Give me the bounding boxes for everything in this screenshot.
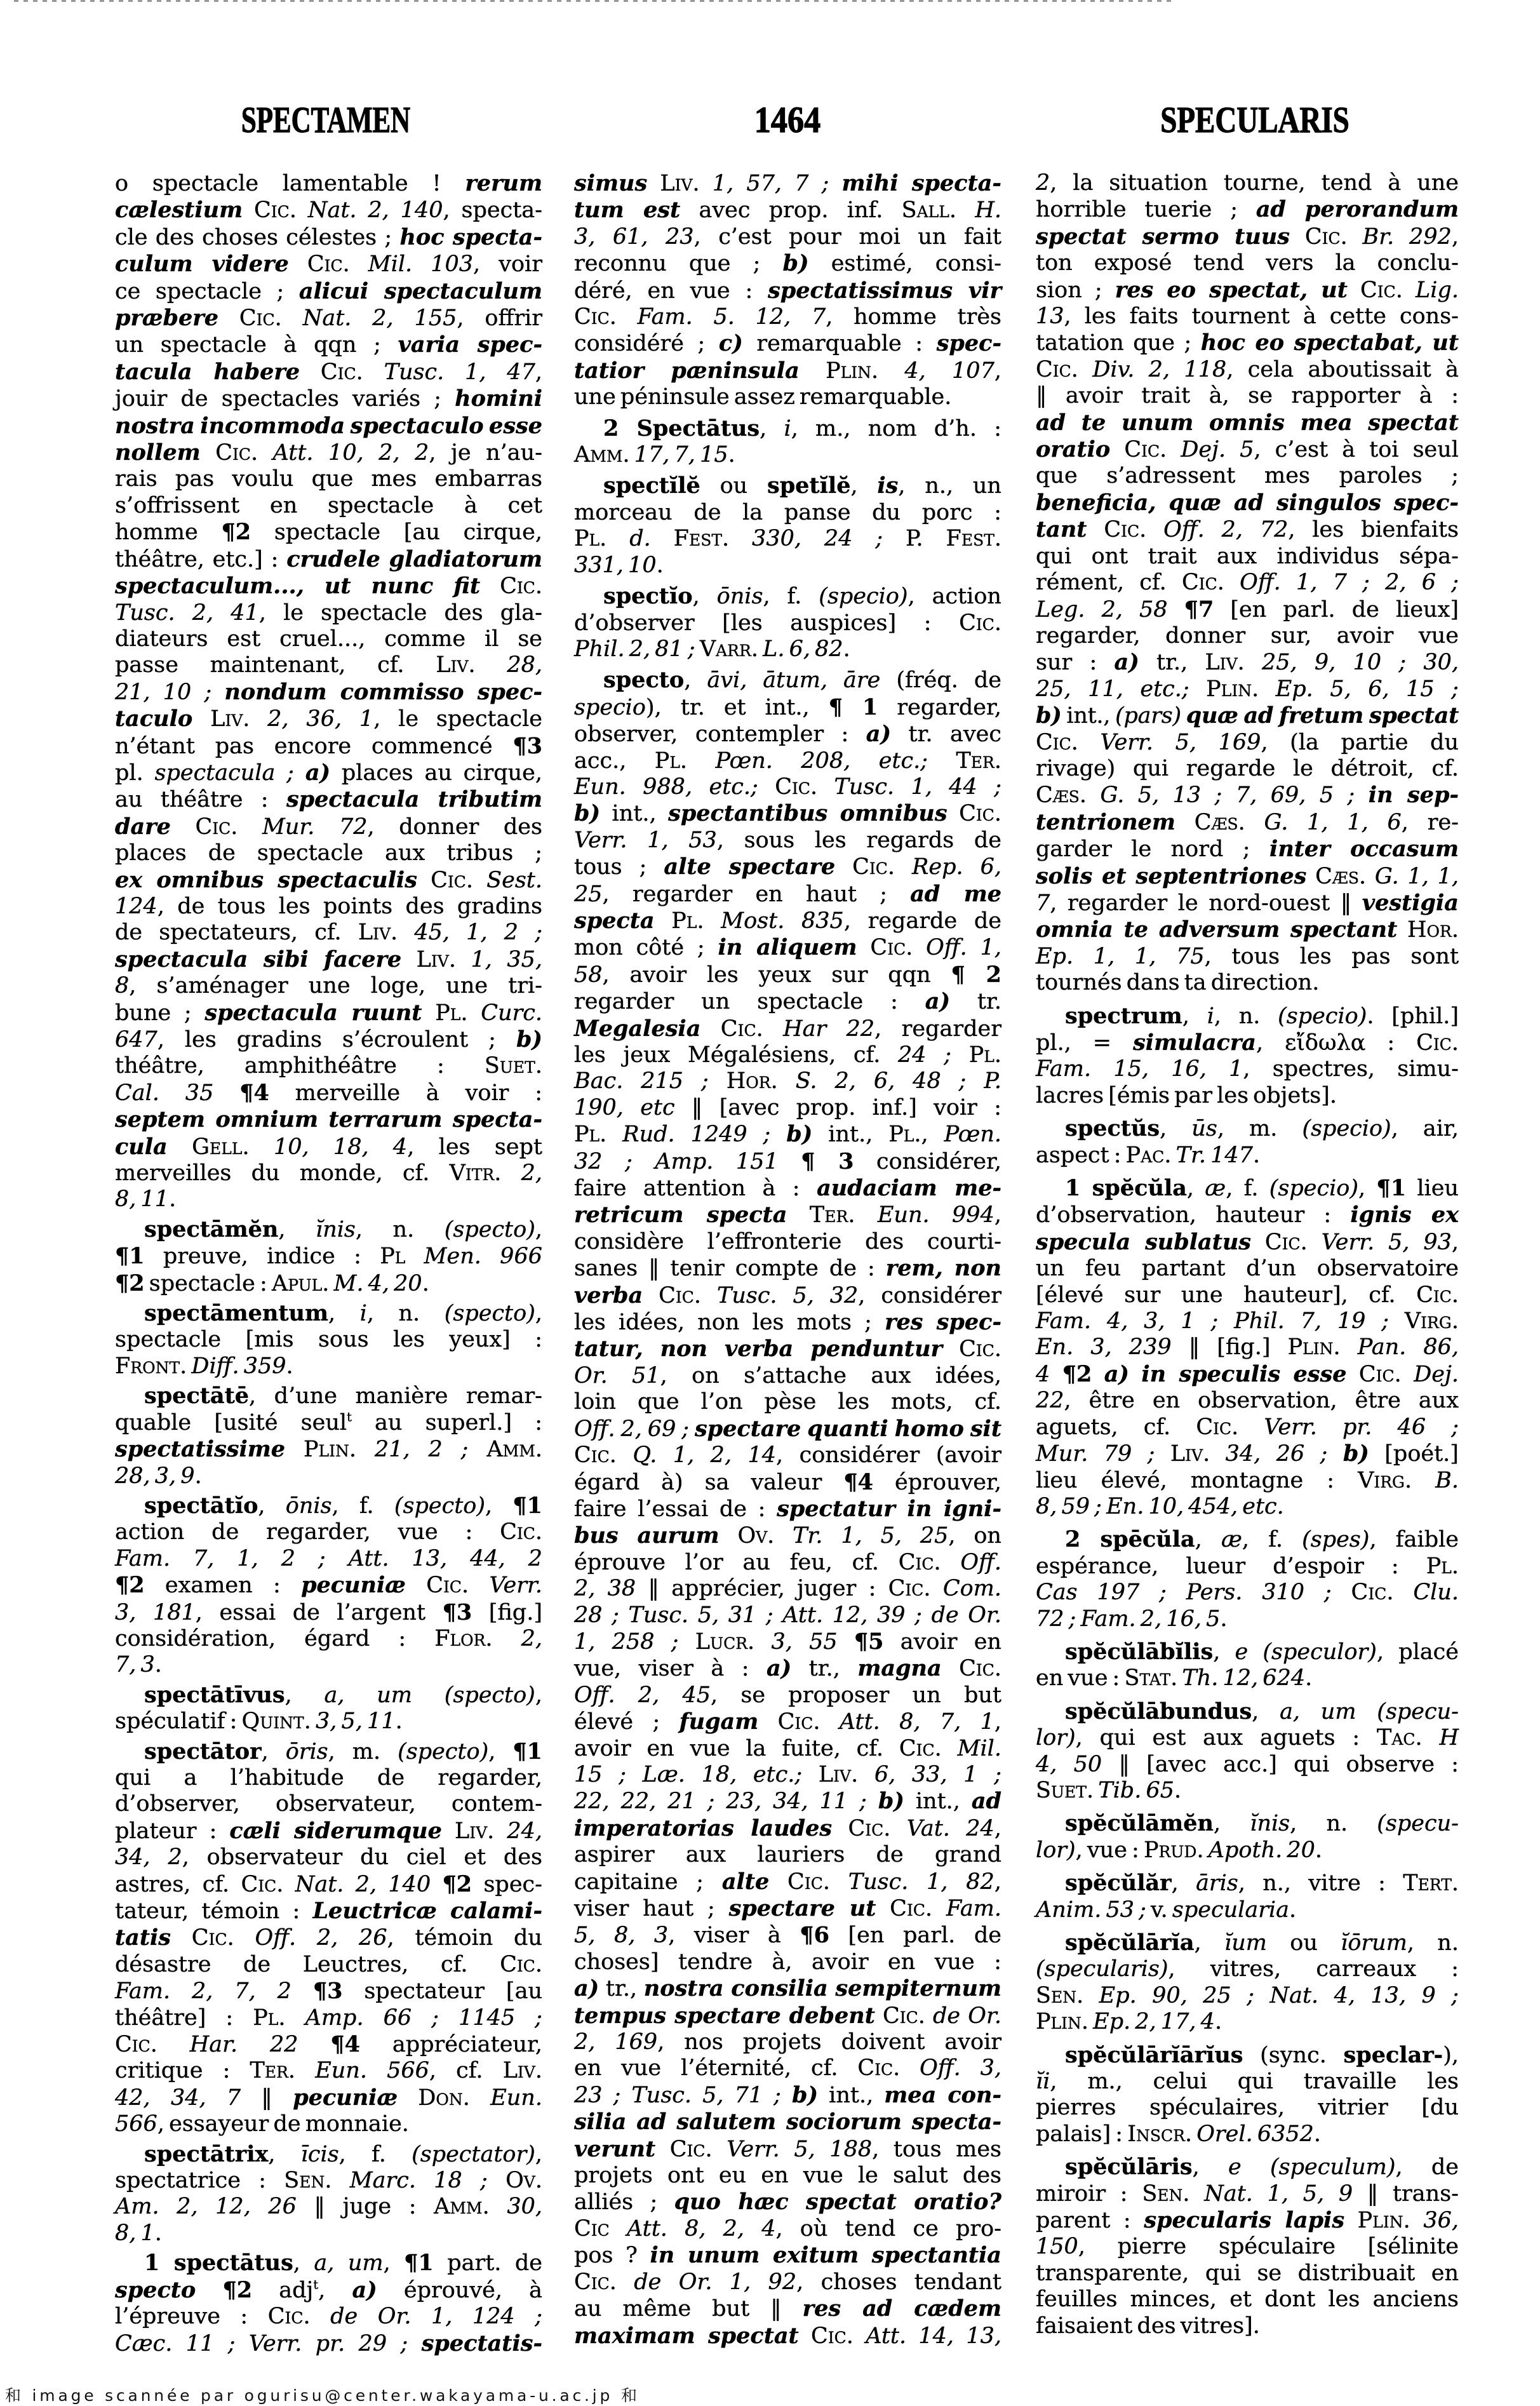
text-line: verba Cic. Tusc. 5, 32, considérer [574,1282,1001,1309]
gloss-text: v. [1146,1897,1172,1923]
reference: Off. 1, 7 ; 2, 6 ; [1240,570,1459,595]
gloss-text [643,1283,659,1308]
gloss-text [294,760,305,786]
reference: 150 [1036,2234,1078,2259]
headword: specto [603,667,684,693]
reference: 24 ; [898,1042,951,1068]
text-line: ce spectacle ; alicui spectaculum [115,278,542,305]
reference: 2 [1036,170,1050,196]
gloss-text: horrible tuerie ; [1036,197,1256,222]
gloss-text [1306,864,1315,889]
gloss-text: , placé [1377,1639,1459,1665]
text-line: retricum specta Ter. Eun. 994, [574,1202,1001,1228]
gloss-text: , m., nom d’h. : [791,416,1001,441]
gloss-text: preuve, indice : [145,1244,380,1269]
latin-example: crudele gladiatorum [286,546,542,572]
latin-example: ad te unum omnis mea spectat [1036,410,1459,436]
gloss-text [1189,676,1207,702]
gloss-text: , avoir les yeux sur qqn [603,962,951,988]
entry-start-line: spectātrix, īcis, f. (spectator), [115,2141,542,2168]
gloss-text [820,1709,840,1735]
gloss-text [405,1244,424,1269]
gloss-text [867,1789,878,1814]
sense-marker: ¶5 [854,1629,884,1655]
sense-marker: ¶4 [239,1080,269,1106]
gloss-text: plateur : [115,1818,229,1844]
reference: Har. 22 [190,2032,298,2057]
gloss-text [1168,597,1184,622]
gloss-text [1327,1441,1342,1467]
text-line: tentrionem Cæs. G. 1, 1, 6, re- [1036,809,1459,836]
entry-start-line: 2 spēcŭla, æ, f. (spes), faible [1036,1526,1459,1553]
text-line: de spectateurs, cf. Liv. 45, 1, 2 ; [115,920,542,946]
gloss-text: . [1315,1838,1322,1863]
author-abbrev: Pl [380,1244,405,1269]
gloss-text: , [262,1739,286,1764]
latin-example: tum est [574,197,680,223]
gloss-text: . [286,1354,293,1379]
gloss-text: déré, en vue : [574,278,768,304]
entry-start-line: spĕcŭlăr, āris, n., vitre : Tert. [1036,1870,1459,1897]
subsense-letter: b) [786,1121,812,1147]
reference: Har 22 [783,1016,874,1042]
gloss-text: jouir de spectacles variés ; [115,386,455,412]
author-abbrev: Pl. [1426,1554,1459,1579]
gloss-text: diateurs est cruel..., comme il se [115,626,542,652]
gloss-text: [en parl. de lieux] [1214,597,1459,622]
author-abbrev: Cic. [574,304,617,330]
reference: Fam. 15, 16, 1 [1036,1056,1243,1082]
author-abbrev: Amm. [574,442,630,467]
text-line: sion ; res eo spectat, ut Cic. Lig. [1036,277,1459,304]
latin-example: in aliquem [718,934,857,960]
entry-start-line: spĕcŭlābundus, a, um (specu- [1036,1698,1459,1725]
text-line: Pl. d. Fest. 330, 24 ; P. Fest. [574,526,1001,552]
text-line: astres, cf. Cic. Nat. 2, 140 ¶2 spec- [115,1871,542,1898]
text-line: faisaient des vitres]. [1036,2313,1459,2339]
gloss-text: ‖ juge : [297,2194,434,2219]
headword: 1 spĕcŭla [1065,1175,1187,1201]
latin-example: alte [722,1869,769,1895]
headword: spectāmentum [144,1300,328,1326]
gloss-text [758,774,775,800]
text-line: Cic. Fam. 5. 12, 7, homme très [574,304,1001,330]
reference: Clu. [1413,1580,1459,1605]
text-line: Off. 2, 45, se proposer un but [574,1683,1001,1709]
page-number: 1464 [754,102,820,138]
gloss-text [234,1925,255,1951]
gloss-text: tr., [1139,650,1205,675]
gloss-text: tournés dans ta direction. [1036,970,1319,995]
author-abbrev: Ter. [250,2058,296,2083]
gloss-text [282,306,303,331]
author-abbrev: Cic. [899,1550,941,1575]
text-line: Megalesia Cic. Har 22, regarder [574,1016,1001,1042]
gloss-text [700,171,713,196]
text-line: merveilles du monde, cf. Vitr. 2, [115,1160,542,1186]
reference: Tib. 65 [1098,1778,1174,1803]
reference: Tr. 1, 5, 25 [793,1523,948,1549]
latin-example: imperatorias laudes [574,1815,832,1841]
text-line: Fam. 7, 1, 2 ; Att. 13, 44, 2 [115,1546,542,1572]
gloss-text: égard à) sa valeur [574,1470,843,1495]
gloss-text: transparente, qui se distribuait en [1036,2261,1459,2286]
reference: ĭnis [1250,1811,1290,1836]
gloss-text: aspirer aux lauriers de grand [574,1842,1001,1867]
reference: Am. 2, 12, 26 [115,2194,297,2219]
reference: Q. 1, 2, 14 [633,1442,776,1468]
text-line: Ep. 1, 1, 75, tous les pas sont [1036,944,1459,970]
author-abbrev: Sen. [1036,1983,1083,2008]
text-line: ĭi, m., celui qui travaille les [1036,2069,1459,2095]
headword: spĕcŭlārĭārĭus [1065,2042,1243,2068]
reference: 8, 59 ; En. 10, 454, etc. [1036,1494,1284,1519]
gloss-text [289,252,307,277]
author-abbrev: Cic. [670,2137,713,2162]
gloss-text [332,2168,350,2193]
reference: S. 2, 6, 48 ; P. [796,1068,1001,1094]
latin-example: spectacula sibi facere [115,946,401,972]
subsense-letter: a) [352,2277,377,2303]
gloss-text [1308,1230,1322,1255]
latin-example: inter occasum [1269,836,1459,862]
subsense-letter: b) [574,800,600,826]
reference: 4 [1036,1362,1050,1387]
gloss-text: action de regarder, vue : [115,1519,500,1545]
gloss-text: , m. [1217,1116,1302,1141]
reference: Tusc. 2, 41 [115,600,259,626]
gloss-text [1110,437,1124,462]
gloss-text: , vitres, carreaux : [1168,1956,1459,1982]
gloss-text [1344,2208,1358,2233]
reference: Eun. [490,2085,542,2111]
reference: Diff. 359 [191,1354,286,1379]
author-abbrev: Cic. [1196,1415,1238,1440]
reference: Marc. 18 ; [350,2168,488,2193]
entry-start-line: spectāmĕn, ĭnis, n. (specto), [115,1216,542,1243]
reference: (pars) [1115,703,1181,729]
gloss-text [1245,810,1264,835]
text-line: 647, les gradins s’écroulent ; b) [115,1026,542,1053]
gloss-text: part. de [434,2250,542,2276]
gloss-text [932,1896,946,1921]
author-abbrev: Cic. [1305,224,1348,250]
gloss-text: . [1314,2121,1321,2147]
author-abbrev: Don. [418,2085,470,2111]
gloss-text: , viser à [668,1923,800,1948]
text-line: ton exposé tend vers la conclu- [1036,250,1459,276]
reference: 34, 26 ; [1226,1441,1328,1467]
text-line: regarder, donner sur, avoir vue [1036,623,1459,649]
author-abbrev: Cic. [870,935,913,960]
text-line: Pl. Rud. 1249 ; b) int., Pl., Pœn. [574,1121,1001,1148]
reference: 2, [521,1160,542,1186]
reference: Fam. 5. 12, 7 [638,304,826,330]
latin-example: quæ ad fretum spectat [1186,702,1459,729]
author-abbrev: Cic. [787,1869,830,1895]
text-line: acc., Pl. Pœn. 208, etc.; Ter. [574,748,1001,774]
gloss-text: . [843,636,850,662]
reference: Off. 2, 45 [574,1683,711,1708]
latin-example: ad me [910,881,1001,907]
gloss-text: , les gradins s’écroulent ; [157,1027,516,1052]
reference: Dej. 5 [1181,437,1254,462]
reference: specularia [1172,1897,1289,1923]
reference: (specio) [1302,1116,1391,1141]
author-abbrev: Cic. [500,574,542,599]
reference: e (speculor) [1235,1639,1377,1665]
gloss-text: , [535,360,542,385]
reference: H. [975,198,1001,223]
reference: spectacula ; [155,760,294,786]
text-line: 42, 34, 7 ‖ pecuniæ Don. Eun. [115,2085,542,2111]
gloss-text: théâtre, amphithéâtre : [115,1053,485,1079]
gloss-text: , air, [1391,1116,1459,1141]
reference: Bac. 215 ; [574,1068,709,1094]
gloss-text: , essayeur de monnaie. [157,2111,409,2137]
text-line: spectacula sibi facere Liv. 1, 35, [115,946,542,973]
text-line: Cic. Div. 2, 118, cela aboutissait à [1036,357,1459,383]
gloss-text [356,1437,375,1462]
subsense-letter: b) [792,2082,818,2108]
gloss-text: espérance, lueur d’espoir : [1036,1554,1426,1579]
text-line: 21, 10 ; nondum commisso spec- [115,679,542,706]
reference: Eun. 566 [315,2058,429,2083]
gloss-text: considère l’effronterie des courti- [574,1229,1001,1254]
gloss-text [422,1000,435,1026]
gloss-text: , cela aboutissait à [1226,357,1459,382]
gloss-text: aspect : [1036,1143,1126,1168]
text-line: l’épreuve : Cic. de Or. 1, 124 ; [115,2304,542,2330]
text-line: tatation que ; hoc eo spectabat, ut [1036,330,1459,356]
latin-example: specta [574,908,655,934]
reference: 7, 3 [115,1652,155,1677]
gloss-text: . [155,2221,162,2246]
author-abbrev: Sall. [902,198,956,223]
gloss-text: , [268,2142,300,2167]
text-line: égard à) sa valeur ¶4 éprouver, [574,1469,1001,1496]
author-abbrev: Liv. [436,652,475,678]
gloss-text [883,526,906,551]
gloss-text: adj [252,2278,313,2303]
text-line: Anim. 53 ; v. specularia. [1036,1897,1459,1923]
gloss-text: . [396,1709,403,1734]
author-abbrev: Cic. [775,774,817,800]
gloss-text: astres, cf. [115,1872,241,1897]
author-abbrev: Cic. [1360,278,1403,303]
text-line: déré, en vue : spectatissimus vir [574,278,1001,304]
latin-example: ignis ex [1350,1202,1459,1228]
gloss-text [1238,1415,1264,1440]
text-line: 8, 59 ; En. 10, 454, etc. [1036,1494,1459,1520]
author-abbrev: Ter. [956,748,1001,774]
reference: Anim. 53 ; [1036,1897,1146,1923]
gloss-text: . [195,1463,202,1489]
gloss-text: , qui est aux aguets : [1076,1725,1377,1751]
gloss-text: l’épreuve : [115,2304,268,2329]
reference: 1, 258 ; [574,1629,679,1655]
latin-example: tentrionem [1036,809,1175,835]
reference: e (speculum) [1228,2154,1395,2180]
reference: lor) [1036,1838,1076,1863]
reference: āris [1196,1871,1238,1896]
gloss-text: , [278,1217,316,1242]
reference: Off. 2, 26 [255,1925,387,1951]
latin-example: tempus spectare debent [574,2003,875,2029]
gloss-text [213,1080,239,1106]
text-line: a) tr., nostra consilia sempiternum [574,1975,1001,2002]
gloss-text [258,440,273,466]
text-line: Or. 51, on s’attache aux idées, [574,1363,1001,1389]
gloss-text: , [1452,224,1459,250]
gloss-text: avoir en [884,1629,1001,1655]
author-abbrev: Cic. [848,1816,891,1841]
text-line: parent : specularis lapis Plin. 36, [1036,2207,1459,2234]
text-line: pl., = simulacra, εἴδωλα : Cic. [1036,1030,1459,1056]
author-abbrev: Plin. [826,358,878,384]
gloss-text: , pierre spéculaire [sélinite [1078,2234,1459,2259]
text-line: Mur. 79 ; Liv. 34, 26 ; b) [poét.] [1036,1441,1459,1467]
author-abbrev: Cic. [1036,357,1078,382]
author-abbrev: Cic. [899,1736,942,1761]
author-abbrev: Front. [115,1354,187,1379]
gloss-text [925,2003,933,2029]
text-line: simus Liv. 1, 57, 7 ; mihi specta- [574,170,1001,197]
text-line: Cic. Q. 1, 2, 14, considérer (avoir [574,1442,1001,1468]
author-abbrev: Cic. [721,1016,763,1042]
text-line: Leg. 2, 58 ¶7 [en parl. de lieux] [1036,596,1459,623]
author-abbrev: Pl. [435,1000,467,1026]
text-line: observer, contempler : a) tr. avec [574,721,1001,748]
gloss-text: . [422,1271,429,1296]
gloss-text: considéré ; [574,331,719,356]
sense-marker: ¶4 [843,1469,873,1495]
gloss-text [283,1872,295,1897]
author-abbrev: Pac. [1126,1143,1172,1168]
entry-start-line: spectātē, d’une manière remar- [115,1383,542,1409]
reference: æ [1221,1527,1242,1552]
gloss-text: , [994,1202,1001,1228]
reference: Pœn. 208, etc.; [715,748,928,774]
author-abbrev: Quint. [242,1709,311,1734]
gloss-text: , les faits tournent à cette cons- [1064,304,1459,329]
reference: 28, 3, 9 [115,1463,195,1489]
text-line: nollem Cic. Att. 10, 2, 2, je n’au- [115,440,542,466]
gloss-text: , [994,1816,1001,1841]
reference: Nat. 2, 140 [308,198,443,223]
gloss-text: , spectres, simu- [1243,1056,1459,1082]
text-line: considéré ; c) remarquable : spec- [574,330,1001,357]
author-abbrev: Prud. [1144,1838,1204,1863]
text-line: 4 ¶2 a) in speculis esse Cic. Dej. [1036,1361,1459,1388]
gloss-text: spectateur [au [342,1979,542,2004]
latin-example: in sep- [1369,782,1459,808]
author-abbrev: Liv. [455,1818,494,1844]
reference: Off. [960,1550,1001,1575]
sense-marker: ¶ 1 [829,694,878,720]
gloss-text: , sous les regards de [717,828,1001,853]
gloss-text: , [318,2278,352,2303]
gloss-text [941,1550,961,1575]
guide-word-left: SPECTAMEN [241,102,410,138]
text-line: pos ? in unum exitum spectantia [574,2242,1001,2269]
latin-example: tacula habere [115,359,300,385]
gloss-text [201,440,216,466]
gloss-text [238,814,262,840]
gloss-text: sur : [1036,650,1115,675]
text-line: tournés dans ta direction. [1036,970,1459,996]
gloss-text [300,360,321,385]
author-abbrev: Cic. [1416,1030,1459,1056]
author-abbrev: Cic. [1182,570,1224,595]
gloss-text [417,868,431,893]
gloss-text: , [384,2250,405,2276]
text-line: 2, 169, nos projets doivent avoir [574,2029,1001,2055]
gloss-text: merveille à voir : [269,1080,542,1106]
gloss-text: , les bienfaits [1288,517,1459,542]
gloss-text: loin que l’on pèse les mots, cf. [574,1389,1001,1415]
gloss-text: , [285,1683,325,1708]
latin-example: pecuniæ [301,1572,406,1598]
gloss-text: , n. [356,1217,445,1242]
reference: Eun. 988, etc.; [574,774,758,800]
text-line: omnia te adversum spectant Hor. [1036,917,1459,943]
gloss-text: pos ? [574,2243,650,2268]
author-abbrev: Vitr. [450,1160,502,1186]
latin-example: audaciam me- [817,1175,1001,1201]
text-line: 3, 181, essai de l’argent ¶3 [fig.] [115,1599,542,1626]
entry-start-line: spectātĭo, ōnis, f. (specto), ¶1 [115,1493,542,1519]
gloss-text: pl. [115,760,155,786]
entry-start-line: spĕcŭlārĭa, ĭum ou ĭōrum, n. [1036,1930,1459,1956]
gloss-text: , [535,1301,542,1326]
text-line: bus aurum Ov. Tr. 1, 5, 25, on [574,1522,1001,1549]
gloss-text: . [1289,1897,1296,1923]
reference: 32 ; Amp. 151 [574,1149,779,1174]
gloss-text: qui a l’habitude de regarder, [115,1765,542,1791]
author-abbrev: Ov. [737,1523,774,1549]
dictionary-column-3: 2, la situation tourne, tend à unehorrib… [1036,170,1459,2339]
gloss-text [1210,1441,1225,1467]
headword: 1 spectātus [144,2250,293,2276]
text-line: Amm. 17, 7, 15. [574,442,1001,468]
author-abbrev: Cic. [1359,1362,1402,1387]
reference: Orel. 6352 [1196,2121,1314,2147]
gloss-text [900,2055,920,2081]
gloss-text: , f. [763,584,819,609]
gloss-text: . [1253,1143,1260,1168]
reference: 2, 169 [574,2029,657,2055]
text-line: espérance, lueur d’espoir : Pl. [1036,1554,1459,1580]
latin-example: solis et septentriones [1036,863,1306,889]
reference: ōnis [286,1493,332,1519]
gloss-text [700,1016,720,1042]
gloss-text: , vue : [1076,1838,1144,1863]
text-line: ex omnibus spectaculis Cic. Sest. [115,867,542,894]
text-line: que s’adressent mes paroles ; [1036,463,1459,489]
text-line: 2, 38 ‖ apprécier, juger : Cic. Com. [574,1576,1001,1602]
reference: Most. 835 [721,908,844,934]
author-abbrev: Suet. [485,1053,542,1079]
sense-marker: ¶1 [404,2250,434,2276]
reference: ōnis [717,584,763,609]
sense-marker: ¶2 [115,1270,145,1296]
gloss-text [835,854,852,880]
reference: 23 ; Tusc. 5, 71 ; [574,2083,781,2108]
gloss-text [480,574,500,599]
gloss-text [329,1271,333,1296]
latin-example: Megalesia [574,1016,700,1042]
